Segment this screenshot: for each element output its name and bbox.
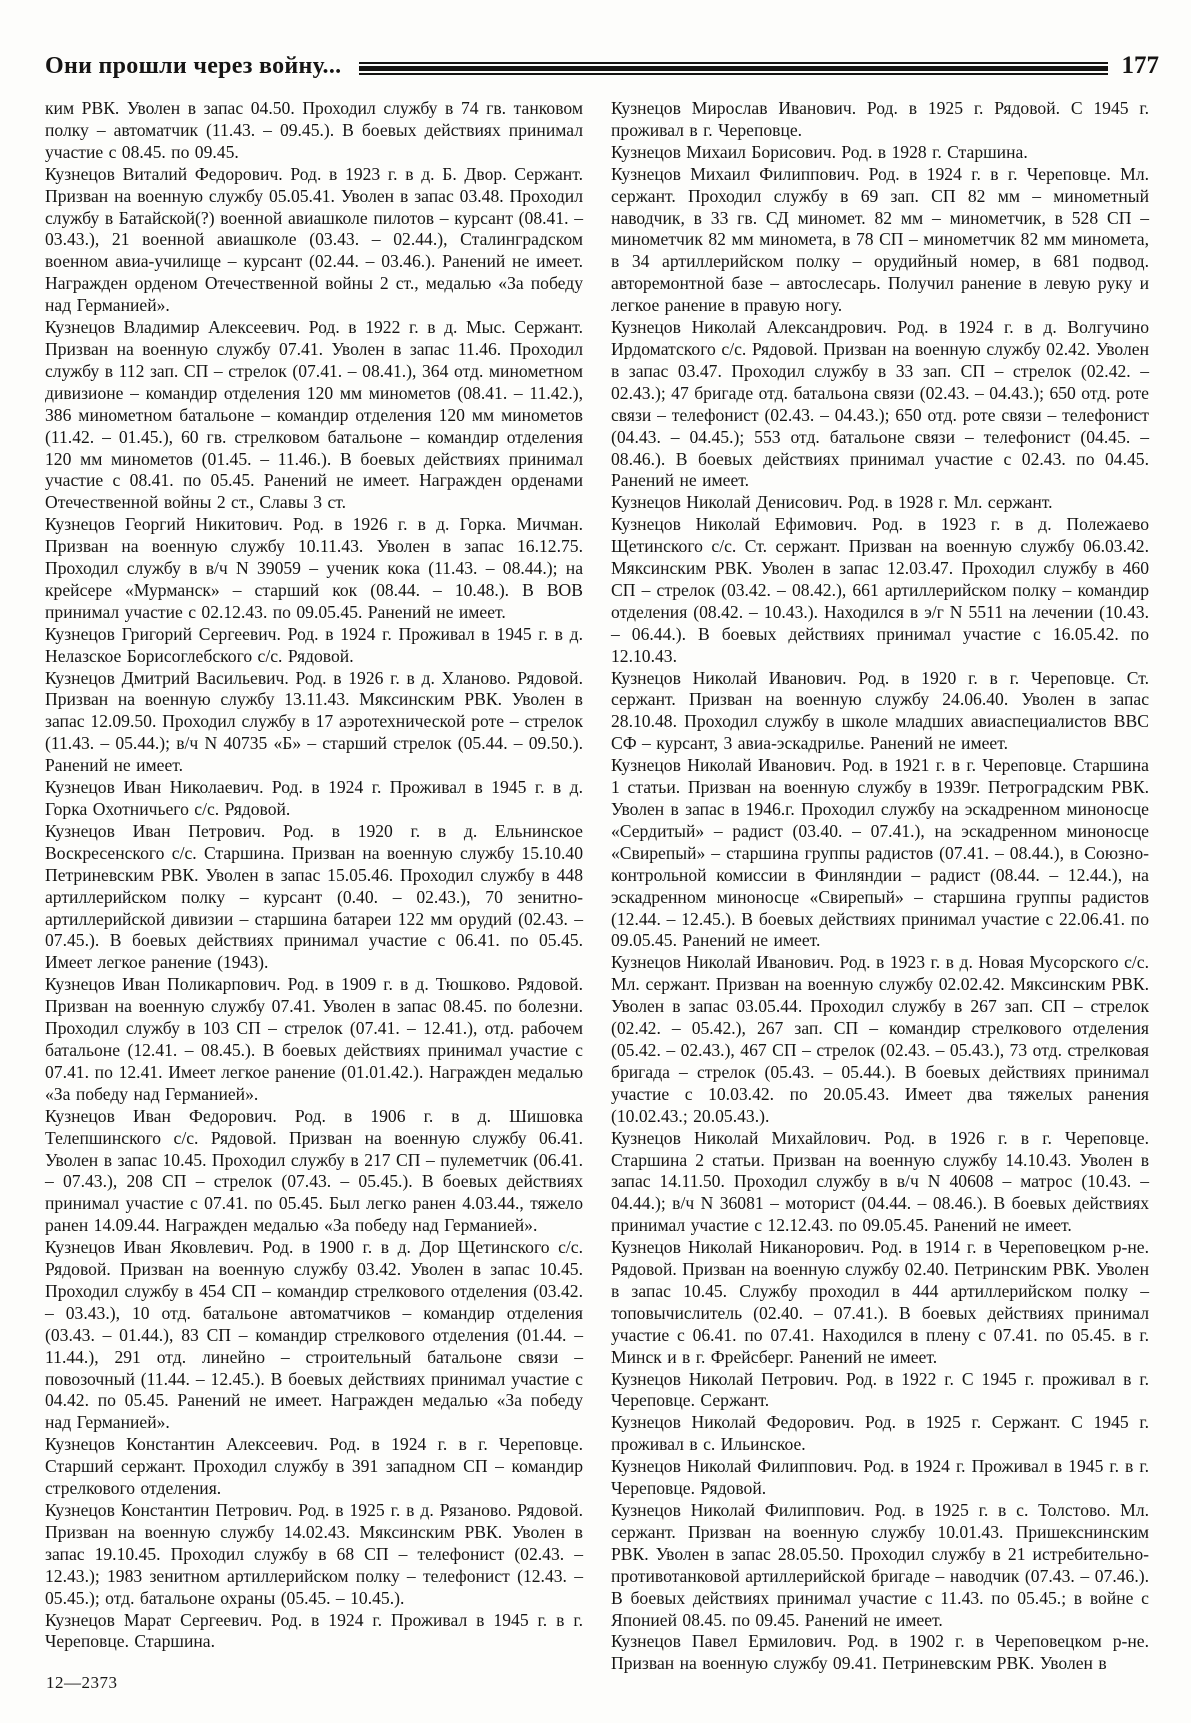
entry-paragraph: Кузнецов Мирослав Иванович. Род. в 1925 … [611, 98, 1149, 142]
entry-paragraph: Кузнецов Владимир Алексеевич. Род. в 192… [45, 317, 583, 514]
entry-paragraph: Кузнецов Николай Федорович. Род. в 1925 … [611, 1412, 1149, 1456]
entry-paragraph: Кузнецов Николай Денисович. Род. в 1928 … [611, 492, 1149, 514]
entry-paragraph: Кузнецов Николай Александрович. Род. в 1… [611, 317, 1149, 492]
entry-paragraph: Кузнецов Иван Яковлевич. Род. в 1900 г. … [45, 1237, 583, 1434]
entry-paragraph: Кузнецов Михаил Филиппович. Род. в 1924 … [611, 164, 1149, 317]
entry-paragraph: Кузнецов Константин Алексеевич. Род. в 1… [45, 1434, 583, 1500]
entry-paragraph: Кузнецов Иван Николаевич. Род. в 1924 г.… [45, 777, 583, 821]
header-rule [359, 62, 1107, 75]
entry-paragraph: Кузнецов Николай Петрович. Род. в 1922 г… [611, 1369, 1149, 1413]
entry-paragraph: Кузнецов Николай Ефимович. Род. в 1923 г… [611, 514, 1149, 667]
entry-paragraph: Кузнецов Виталий Федорович. Род. в 1923 … [45, 164, 583, 317]
entry-paragraph: Кузнецов Дмитрий Васильевич. Род. в 1926… [45, 668, 583, 778]
entry-paragraph: Кузнецов Константин Петрович. Род. в 192… [45, 1500, 583, 1610]
page-footer: 12—2373 [46, 1673, 118, 1693]
book-page: Они прошли через войну... 177 ким РВК. У… [0, 0, 1191, 1723]
entry-paragraph: Кузнецов Григорий Сергеевич. Род. в 1924… [45, 624, 583, 668]
entry-paragraph: Кузнецов Михаил Борисович. Род. в 1928 г… [611, 142, 1149, 164]
entry-paragraph: Кузнецов Николай Иванович. Род. в 1920 г… [611, 668, 1149, 756]
page-header: Они прошли через войну... 177 [45, 52, 1159, 80]
text-columns: ким РВК. Уволен в запас 04.50. Проходил … [45, 98, 1149, 1675]
right-column: Кузнецов Мирослав Иванович. Род. в 1925 … [611, 98, 1149, 1675]
rule-line-top [359, 62, 1107, 64]
entry-paragraph: ким РВК. Уволен в запас 04.50. Проходил … [45, 98, 583, 164]
entry-paragraph: Кузнецов Марат Сергеевич. Род. в 1924 г.… [45, 1610, 583, 1654]
page-number: 177 [1122, 52, 1160, 80]
entry-paragraph: Кузнецов Георгий Никитович. Род. в 1926 … [45, 514, 583, 624]
entry-paragraph: Кузнецов Иван Петрович. Род. в 1920 г. в… [45, 821, 583, 974]
entry-paragraph: Кузнецов Николай Филиппович. Род. в 1925… [611, 1500, 1149, 1631]
entry-paragraph: Кузнецов Николай Иванович. Род. в 1921 г… [611, 755, 1149, 952]
entry-paragraph: Кузнецов Иван Федорович. Род. в 1906 г. … [45, 1106, 583, 1237]
rule-line-bottom [359, 73, 1107, 75]
entry-paragraph: Кузнецов Николай Никанорович. Род. в 191… [611, 1237, 1149, 1368]
entry-paragraph: Кузнецов Иван Поликарпович. Род. в 1909 … [45, 974, 583, 1105]
left-column: ким РВК. Уволен в запас 04.50. Проходил … [45, 98, 583, 1675]
entry-paragraph: Кузнецов Павел Ермилович. Род. в 1902 г.… [611, 1631, 1149, 1675]
entry-paragraph: Кузнецов Николай Иванович. Род. в 1923 г… [611, 952, 1149, 1127]
entry-paragraph: Кузнецов Николай Михайлович. Род. в 1926… [611, 1128, 1149, 1238]
entry-paragraph: Кузнецов Николай Филиппович. Род. в 1924… [611, 1456, 1149, 1500]
rule-line-middle [359, 66, 1107, 71]
print-signature: 12—2373 [46, 1673, 118, 1692]
running-title: Они прошли через войну... [45, 53, 341, 80]
